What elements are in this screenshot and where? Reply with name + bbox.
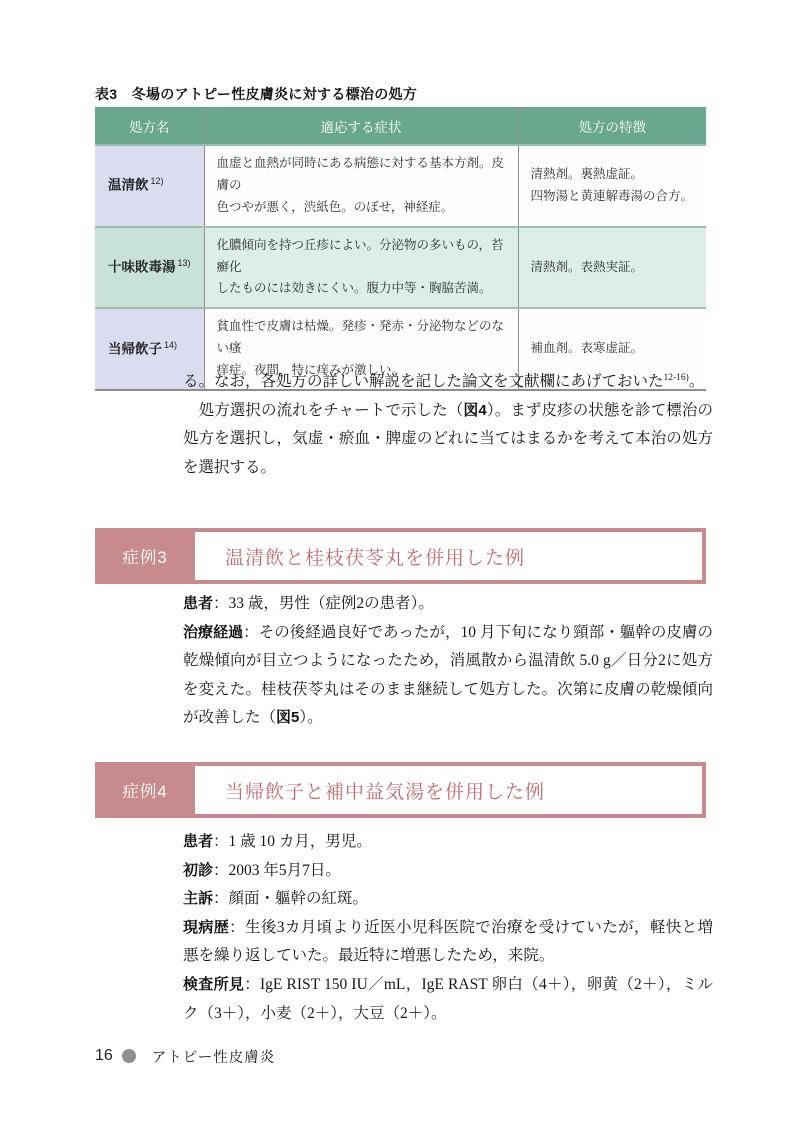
entry-text: ：生後3カ月頃より近医小児科医院で治療を受けていたが，軽快と増悪を繰り返していた… bbox=[183, 919, 713, 965]
prescription-name-cell: 十味敗毒湯13) bbox=[95, 227, 204, 309]
entry-label: 主訴 bbox=[183, 890, 213, 907]
document-page: 表3 冬場のアトピー性皮膚炎に対する標治の処方 処方名 適応する症状 処方の特徴… bbox=[0, 0, 800, 1129]
case4-banner: 症例4 当帰飲子と補中益気湯を併用した例 bbox=[95, 762, 706, 818]
column-header-symptoms: 適応する症状 bbox=[204, 107, 518, 145]
prescription-name: 当帰飲子 bbox=[108, 341, 162, 356]
case4-title: 当帰飲子と補中益気湯を併用した例 bbox=[225, 777, 545, 804]
case3-titlebox: 温清飲と桂枝茯苓丸を併用した例 bbox=[195, 532, 702, 580]
footer-dot-icon bbox=[122, 1049, 136, 1063]
features-cell: 清熱剤。表熱実証。 bbox=[518, 227, 706, 309]
prescription-name: 温清飲 bbox=[108, 178, 149, 193]
prescription-name: 十味敗毒湯 bbox=[108, 260, 176, 275]
prescription-table: 処方名 適応する症状 処方の特徴 温清飲12) 血虚と血熱が同時にある病態に対す… bbox=[95, 107, 706, 391]
symptoms-cell: 化膿傾向を持つ丘疹によい。分泌物の多いもの，苔癬化 したものには効きにくい。腹力… bbox=[204, 227, 518, 309]
entry-label: 患者 bbox=[183, 833, 213, 850]
entry-text: ）。 bbox=[299, 709, 322, 726]
case-entry: 患者：33 歳，男性（症例2の患者）。 bbox=[183, 590, 713, 619]
case-entry: 主訴：顔面・軀幹の紅斑。 bbox=[183, 885, 713, 914]
entry-text: ：1 歳 10 カ月，男児。 bbox=[213, 833, 372, 850]
page-footer: 16 アトピー性皮膚炎 bbox=[95, 1045, 275, 1067]
entry-text: ：2003 年5月7日。 bbox=[213, 862, 341, 879]
paragraph: る。なお，各処方の詳しい解説を記した論文を文献欄にあげておいた12-16)。 bbox=[183, 368, 713, 397]
reference-superscript: 13) bbox=[178, 258, 191, 268]
body-paragraphs: る。なお，各処方の詳しい解説を記した論文を文献欄にあげておいた12-16)。 処… bbox=[183, 368, 713, 482]
reference-superscript: 14) bbox=[164, 340, 177, 350]
entry-text: ：その後経過良好であったが，10 月下旬になり頸部・軀幹の皮膚の乾燥傾向が目立つ… bbox=[183, 624, 713, 727]
column-header-features: 処方の特徴 bbox=[518, 107, 706, 145]
case3-banner: 症例3 温清飲と桂枝茯苓丸を併用した例 bbox=[95, 528, 706, 584]
case3-label: 症例3 bbox=[95, 528, 195, 584]
case4-text: 患者：1 歳 10 カ月，男児。 初診：2003 年5月7日。 主訴：顔面・軀幹… bbox=[183, 828, 713, 1028]
case4-titlebox: 当帰飲子と補中益気湯を併用した例 bbox=[195, 766, 702, 814]
entry-label: 現病歴 bbox=[183, 919, 229, 936]
entry-text: ：IgE RIST 150 IU／mL，IgE RAST 卵白（4＋），卵黄（2… bbox=[183, 976, 713, 1022]
paragraph-text: 。 bbox=[689, 373, 705, 390]
entry-label: 検査所見 bbox=[183, 976, 244, 993]
entry-text: ：顔面・軀幹の紅斑。 bbox=[213, 890, 368, 907]
table-header-row: 処方名 適応する症状 処方の特徴 bbox=[95, 107, 706, 145]
case-entry: 初診：2003 年5月7日。 bbox=[183, 857, 713, 886]
symptoms-cell: 血虚と血熱が同時にある病態に対する基本方剤。皮膚の 色つやが悪く，渋紙色。のぼせ… bbox=[204, 145, 518, 227]
reference-superscript: 12) bbox=[151, 176, 164, 186]
page-number: 16 bbox=[95, 1047, 113, 1065]
citation-superscript: 12-16) bbox=[664, 373, 689, 383]
figure-reference: 図4 bbox=[463, 402, 486, 419]
case-entry: 治療経過：その後経過良好であったが，10 月下旬になり頸部・軀幹の皮膚の乾燥傾向… bbox=[183, 619, 713, 733]
figure-reference: 図5 bbox=[276, 709, 299, 726]
prescription-name-cell: 温清飲12) bbox=[95, 145, 204, 227]
table-row: 十味敗毒湯13) 化膿傾向を持つ丘疹によい。分泌物の多いもの，苔癬化 したものに… bbox=[95, 227, 706, 309]
footer-section-title: アトピー性皮膚炎 bbox=[152, 1046, 275, 1067]
case-entry: 患者：1 歳 10 カ月，男児。 bbox=[183, 828, 713, 857]
entry-label: 初診 bbox=[183, 862, 213, 879]
entry-label: 治療経過 bbox=[183, 624, 243, 641]
table-row: 温清飲12) 血虚と血熱が同時にある病態に対する基本方剤。皮膚の 色つやが悪く，… bbox=[95, 145, 706, 227]
features-cell: 清熱剤。裏熱虚証。 四物湯と黄連解毒湯の合方。 bbox=[518, 145, 706, 227]
case-entry: 現病歴：生後3カ月頃より近医小児科医院で治療を受けていたが，軽快と増悪を繰り返し… bbox=[183, 914, 713, 971]
column-header-name: 処方名 bbox=[95, 107, 204, 145]
case3-title: 温清飲と桂枝茯苓丸を併用した例 bbox=[225, 543, 525, 570]
paragraph-text: る。なお，各処方の詳しい解説を記した論文を文献欄にあげておいた bbox=[183, 373, 664, 390]
entry-label: 患者 bbox=[183, 595, 213, 612]
case3-text: 患者：33 歳，男性（症例2の患者）。 治療経過：その後経過良好であったが，10… bbox=[183, 590, 713, 733]
entry-text: ：33 歳，男性（症例2の患者）。 bbox=[213, 595, 434, 612]
paragraph-text: 処方選択の流れをチャートで示した（ bbox=[183, 402, 463, 419]
case4-label: 症例4 bbox=[95, 762, 195, 818]
case-entry: 検査所見：IgE RIST 150 IU／mL，IgE RAST 卵白（4＋），… bbox=[183, 971, 713, 1028]
paragraph: 処方選択の流れをチャートで示した（図4）。まず皮疹の状態を診て標治の処方を選択し… bbox=[183, 397, 713, 483]
table-caption: 表3 冬場のアトピー性皮膚炎に対する標治の処方 bbox=[95, 84, 417, 104]
